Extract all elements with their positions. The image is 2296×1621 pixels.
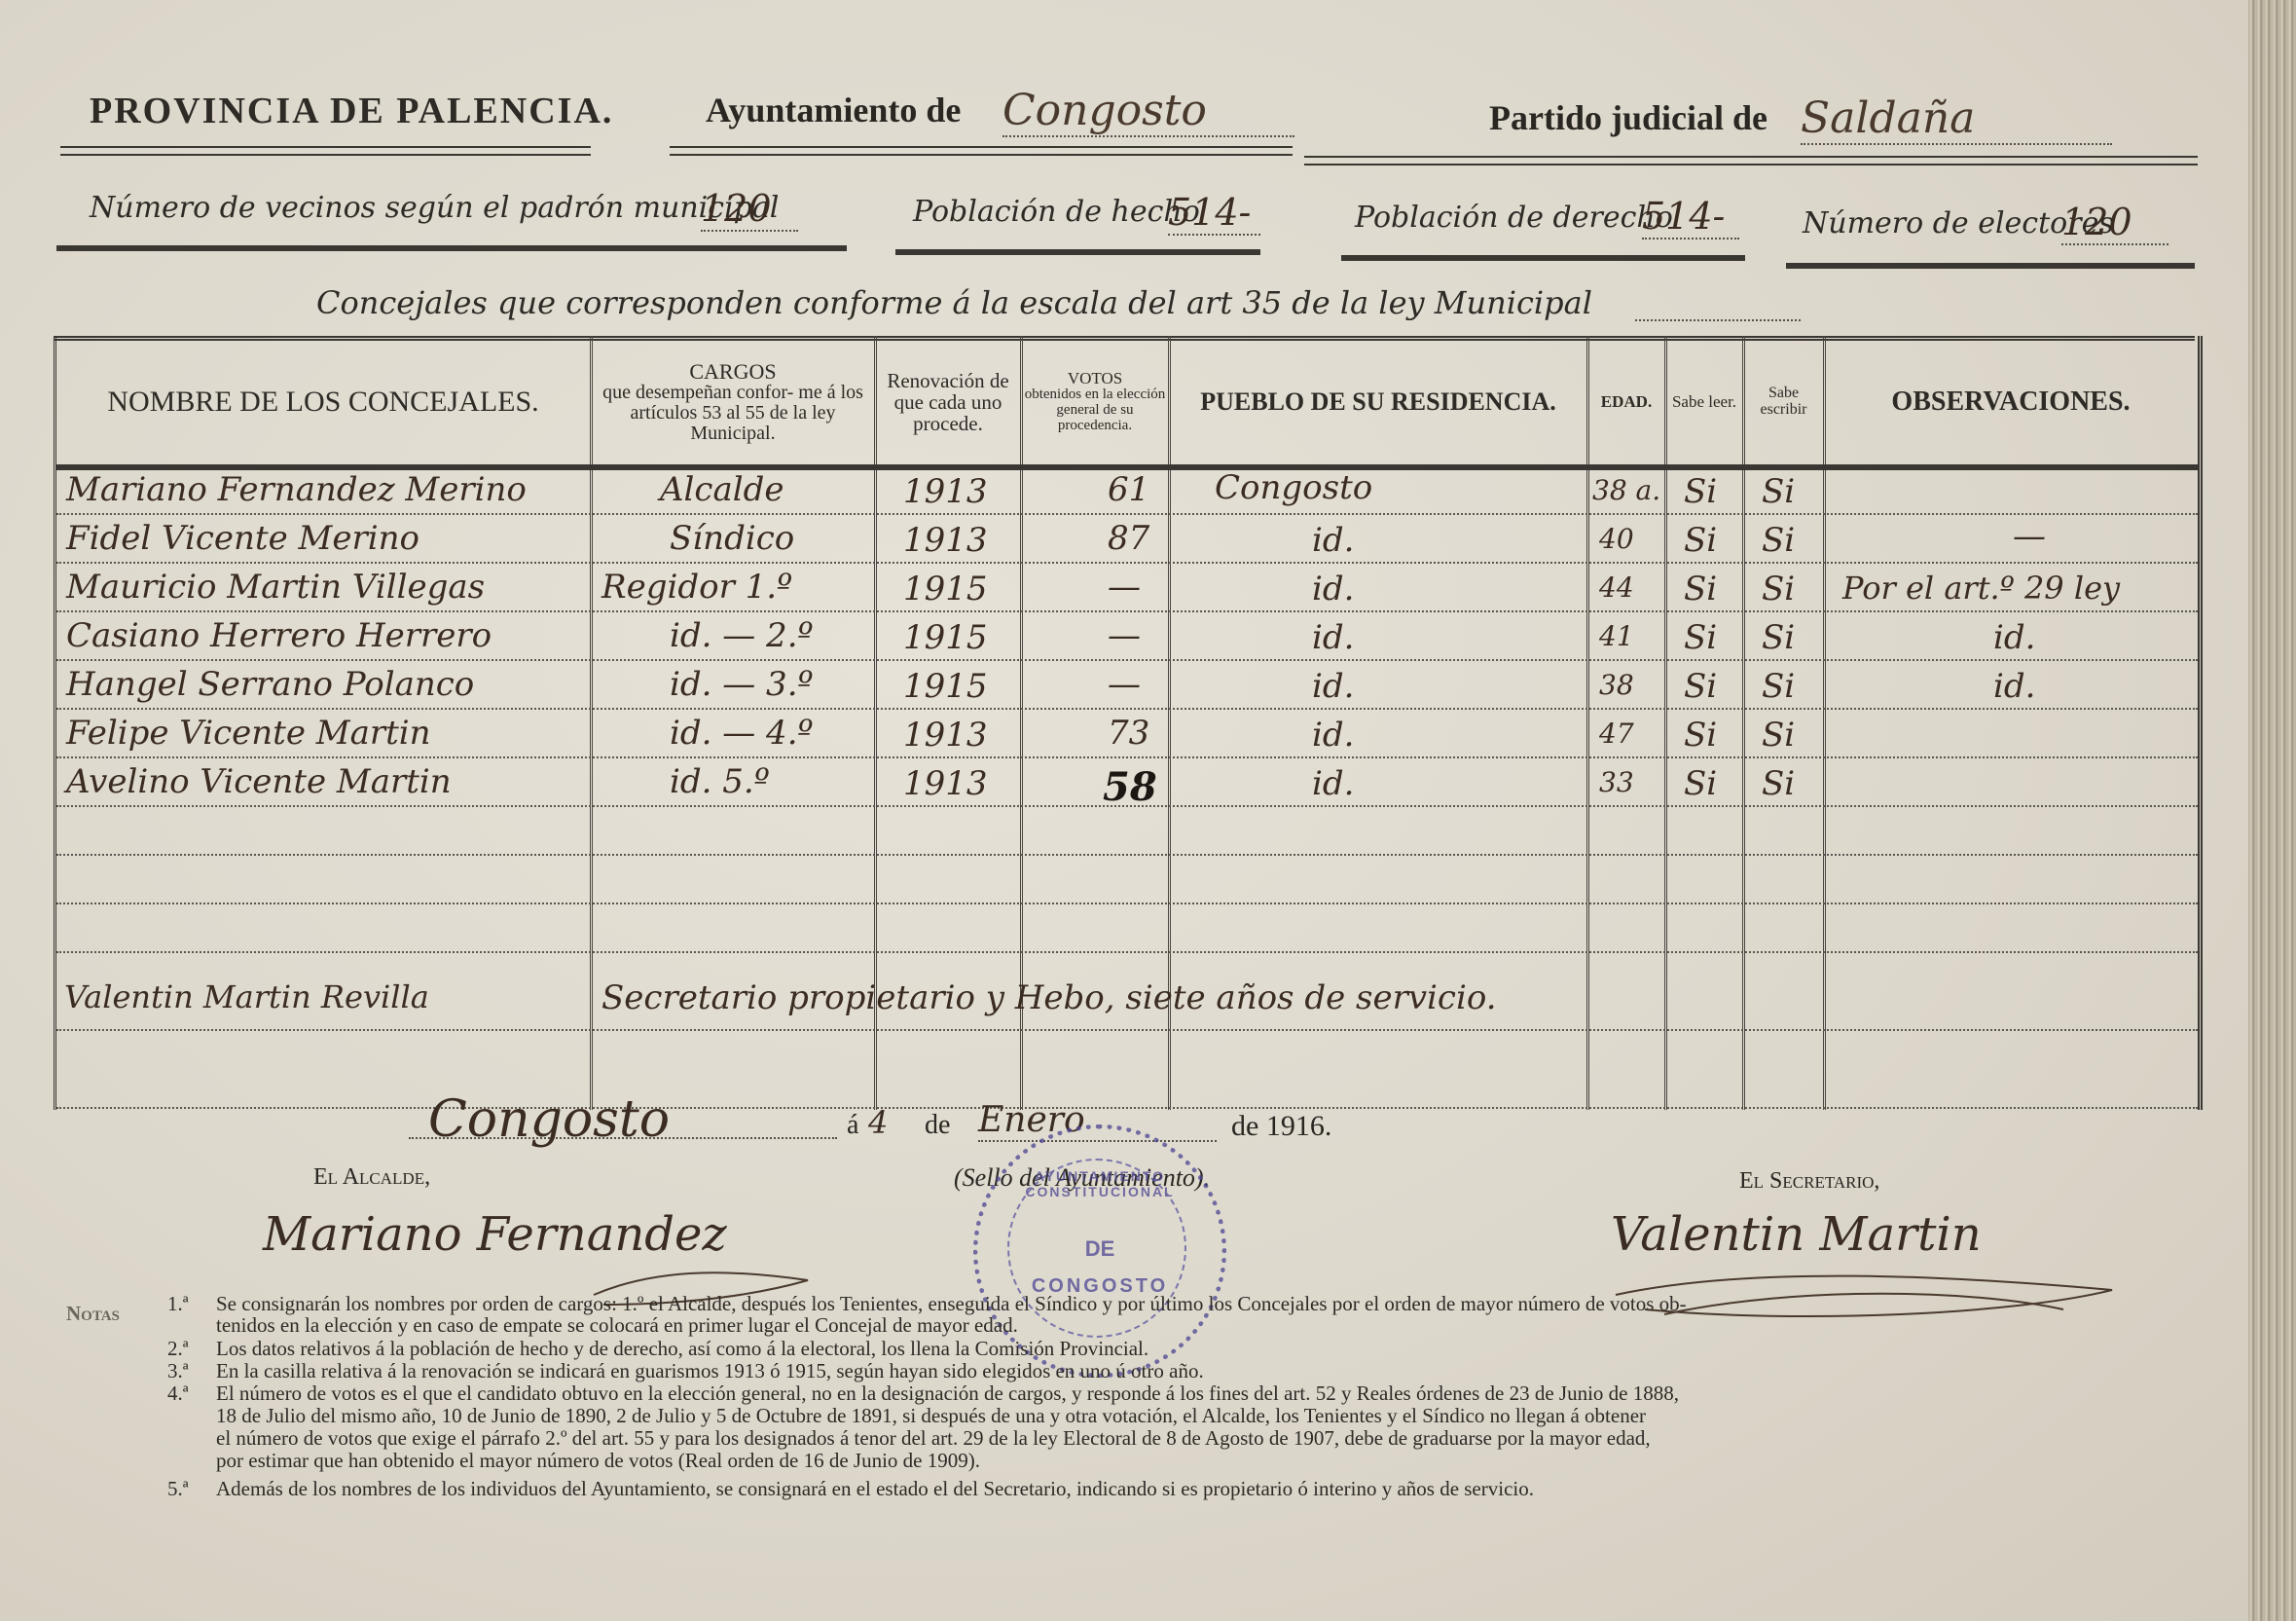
stats-rule [1341, 255, 1745, 261]
row-line [56, 708, 2198, 710]
ayuntamiento-label: Ayuntamiento de [706, 90, 961, 130]
cell-edad: 38 a. [1592, 474, 1660, 506]
cell-votos: — [1108, 616, 1141, 655]
note-2-num: 2.ª [167, 1338, 189, 1360]
cell-votos: — [1108, 568, 1141, 607]
cell-edad: 40 [1599, 523, 1634, 555]
row-line [56, 1029, 2198, 1031]
col-header-votos: VOTOS obtenidos en la elección general d… [1023, 344, 1167, 461]
cell-leer: Si [1684, 570, 1717, 608]
row-line [56, 513, 2198, 515]
cell-leer: Si [1684, 667, 1717, 706]
col-header-cargos-sub: que desempeñan confor- me á los artículo… [593, 383, 873, 444]
cell-nombre: Casiano Herrero Herrero [66, 616, 492, 655]
concejales-table: NOMBRE DE LOS CONCEJALES. CARGOS que des… [54, 336, 2203, 1110]
cell-edad: 41 [1599, 620, 1634, 652]
cell-escribir: Si [1762, 618, 1795, 657]
row-line [56, 903, 2198, 904]
note-4-cont2: el número de votos que exige el párrafo … [216, 1427, 1651, 1450]
header-rule [670, 146, 1293, 156]
col-header-votos-sub: obtenidos en la elección general de su p… [1023, 387, 1167, 433]
cell-nombre: Fidel Vicente Merino [66, 519, 419, 558]
header-rule [60, 146, 591, 156]
cell-pueblo: id. [1312, 667, 1354, 706]
cell-leer: Si [1684, 764, 1717, 803]
cell-votos: 87 [1108, 519, 1149, 558]
stamp-text-mid: DE [978, 1236, 1221, 1262]
hecho-label: Población de hecho [913, 195, 1200, 229]
cell-escribir: Si [1762, 521, 1795, 560]
cell-cargo: Alcalde [660, 470, 784, 509]
note-2-text: Los datos relativos á la población de he… [216, 1338, 1148, 1360]
date-a: á [847, 1110, 858, 1141]
hecho-value: 514- [1168, 191, 1260, 236]
cell-escribir: Si [1762, 570, 1795, 608]
cell-pueblo: id. [1312, 570, 1354, 608]
book-binding-edge [2248, 0, 2296, 1621]
note-4-text: El número de votos es el que el candidat… [216, 1382, 1679, 1405]
electores-value: 120 [2061, 201, 2168, 245]
concejales-heading: Concejales que corresponden conforme á l… [316, 284, 1592, 321]
col-header-cargos-title: CARGOS [689, 360, 776, 383]
note-4-cont: 18 de Julio del mismo año, 10 de Junio d… [216, 1405, 1646, 1427]
cell-nombre: Hangel Serrano Polanco [66, 665, 474, 704]
stats-rule [56, 245, 847, 251]
derecho-label: Población de derecho [1355, 201, 1673, 235]
signature-flourish [1606, 1256, 2151, 1334]
ayuntamiento-value: Congosto [1002, 86, 1294, 137]
cell-edad: 33 [1599, 766, 1634, 798]
col-header-observaciones: OBSERVACIONES. [1826, 344, 2196, 461]
alcalde-signature: Mariano Fernandez [263, 1207, 727, 1262]
date-year: de 1916. [1231, 1110, 1331, 1143]
note-1-text: Se consignarán los nombres por orden de … [216, 1293, 1687, 1315]
cell-leer: Si [1684, 472, 1717, 511]
date-de: de [925, 1110, 950, 1141]
cell-cargo: Regidor 1.º [601, 568, 792, 607]
secretario-nombre: Valentin Martin Revilla [64, 978, 429, 1015]
col-header-nombre: NOMBRE DE LOS CONCEJALES. [56, 344, 590, 461]
cell-renovacion: 1913 [903, 716, 988, 755]
cell-votos: — [1108, 665, 1141, 704]
partido-label: Partido judicial de [1489, 97, 1768, 138]
secretario-signature: Valentin Martin [1611, 1207, 1982, 1262]
cell-cargo: id. — 3.º [670, 665, 814, 704]
header-rule [1304, 156, 2198, 166]
cell-edad: 44 [1599, 571, 1634, 604]
cell-nombre: Felipe Vicente Martin [66, 714, 431, 753]
cell-escribir: Si [1762, 667, 1795, 706]
cell-renovacion: 1915 [903, 618, 988, 657]
note-1-cont: tenidos en la elección y en caso de empa… [216, 1314, 1018, 1337]
cell-renovacion: 1915 [903, 667, 988, 706]
row-line [56, 562, 2198, 564]
col-header-votos-title: VOTOS [1068, 370, 1122, 387]
col-header-escribir: Sabe escribir [1745, 344, 1822, 461]
cell-renovacion: 1913 [903, 472, 988, 511]
cell-pueblo: id. [1312, 618, 1354, 657]
cell-leer: Si [1684, 618, 1717, 657]
note-1-num: 1.ª [167, 1293, 189, 1315]
col-header-edad: EDAD. [1589, 344, 1663, 461]
note-5-num: 5.ª [167, 1478, 189, 1500]
secretario-label: El Secretario, [1739, 1168, 1879, 1195]
partido-value: Saldaña [1801, 93, 2112, 145]
note-4-num: 4.ª [167, 1382, 189, 1405]
cell-edad: 47 [1599, 718, 1634, 750]
cell-nombre: Mariano Fernandez Merino [66, 470, 527, 509]
stats-rule [895, 249, 1260, 255]
cell-leer: Si [1684, 716, 1717, 755]
stamp-text-top: AYUNTAMIENTO CONSTITUCIONAL [978, 1168, 1221, 1199]
cell-pueblo: Congosto [1215, 468, 1372, 507]
note-3-text: En la casilla relativa á la renovación s… [216, 1360, 1204, 1382]
cell-cargo: id. 5.º [670, 762, 770, 801]
notes-label: Notas [66, 1303, 120, 1325]
cell-cargo: Síndico [670, 519, 794, 558]
cell-renovacion: 1913 [903, 764, 988, 803]
document-page: PROVINCIA DE PALENCIA. Ayuntamiento de C… [0, 0, 2248, 1621]
col-header-pueblo: PUEBLO DE SU RESIDENCIA. [1171, 344, 1585, 461]
cell-votos: 73 [1108, 714, 1149, 753]
cell-leer: Si [1684, 521, 1717, 560]
date-place: Congosto [428, 1090, 670, 1149]
alcalde-label: El Alcalde, [313, 1164, 430, 1191]
cell-nombre: Mauricio Martin Villegas [66, 568, 485, 607]
cell-observaciones: id. [1993, 618, 2035, 657]
date-day: 4 [868, 1104, 888, 1141]
cell-observaciones: — [2013, 517, 2046, 556]
cell-escribir: Si [1762, 764, 1795, 803]
secretario-detalle: Secretario propietario y Hebo, siete año… [601, 978, 1497, 1017]
cell-pueblo: id. [1312, 716, 1354, 755]
cell-votos: 58 [1103, 764, 1157, 810]
row-line [56, 756, 2198, 758]
cell-observaciones: Por el art.º 29 ley [1842, 570, 2120, 607]
cell-edad: 38 [1599, 669, 1634, 701]
note-4-cont3: por estimar que han obtenido el mayor nú… [216, 1450, 980, 1472]
cell-votos: 61 [1108, 470, 1149, 509]
cell-pueblo: id. [1312, 521, 1354, 560]
vecinos-value: 120 [701, 187, 798, 232]
cell-renovacion: 1913 [903, 521, 988, 560]
col-header-cargos: CARGOS que desempeñan confor- me á los a… [593, 344, 873, 461]
derecho-value: 514- [1642, 195, 1739, 239]
provincia-title: PROVINCIA DE PALENCIA. [90, 90, 613, 132]
col-header-leer: Sabe leer. [1667, 344, 1741, 461]
row-line [56, 610, 2198, 612]
note-5-text: Además de los nombres de los individuos … [216, 1478, 1534, 1500]
note-3-num: 3.ª [167, 1360, 189, 1382]
stats-rule [1786, 263, 2195, 269]
row-line [56, 951, 2198, 953]
row-line [56, 659, 2198, 661]
cell-pueblo: id. [1312, 764, 1354, 803]
cell-observaciones: id. [1993, 667, 2035, 706]
cell-cargo: id. — 2.º [670, 616, 814, 655]
cell-renovacion: 1915 [903, 570, 988, 608]
col-header-renovacion: Renovación de que cada uno procede. [877, 344, 1019, 461]
vecinos-label: Número de vecinos según el padrón munici… [90, 191, 779, 225]
row-line [56, 854, 2198, 856]
cell-escribir: Si [1762, 716, 1795, 755]
concejales-dotted [1635, 319, 1801, 321]
cell-nombre: Avelino Vicente Martin [66, 762, 452, 801]
cell-escribir: Si [1762, 472, 1795, 511]
cell-cargo: id. — 4.º [670, 714, 814, 753]
